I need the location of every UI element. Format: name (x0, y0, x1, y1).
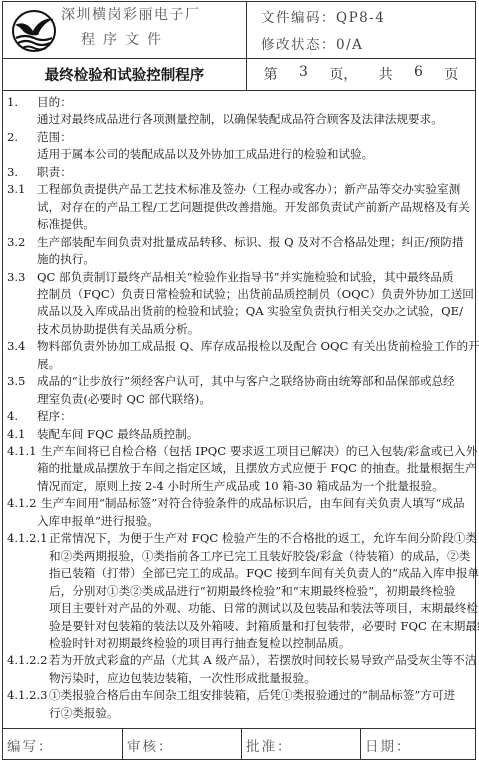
section-line: 2.范围： (3, 129, 475, 146)
text-line: 和②类两期报验，①类指前各工序已完工且装好胶袋/彩盒（待装箱）的成品，②类 (3, 548, 475, 565)
doc-title: 最终检验和试验控制程序 (3, 64, 246, 85)
line-text: 理室负责(必要时 QC 部代联络)。 (37, 391, 211, 408)
line-text: 控制员（FQC）负责日常检验和试验；出货前品质控制员（OQC）负责外协加工送回 (37, 286, 474, 303)
line-text: 生产车间用“制品标签”对符合待验条件的成品标识后，由车间有关负责人填写“成品 (41, 495, 465, 512)
text-line: 通过对最终成品进行各项测量控制，以确保装配成品符合顾客及法律法规要求。 (3, 111, 475, 128)
revision-status: 修改状态：0/A (261, 33, 363, 53)
section-number: 4.1.2.3 (7, 687, 48, 704)
document-page: 深圳横岗彩丽电子厂 程序文件 文件编码：QP8-4 修改状态：0/A 最终检验和… (2, 1, 476, 760)
section-line: 4.1.2.3①类报验合格后由车间杂工组安排装箱，后凭①类报验通过的“制品标签”… (3, 687, 475, 704)
text-line: 标准提供。 (3, 216, 475, 233)
line-text: 物污染时，应边包装边装箱，一次性形成批量报验。 (49, 670, 316, 687)
line-text: 若为开放式彩盒的产品（尤其 A 级产品），若摆放时间较长易导致产品受灰尘等不洁 (49, 652, 476, 669)
line-text: 成品的“让步放行”须经客户认可，其中与客户之联络协商由统筹部和品保部或总经 (37, 373, 455, 390)
text-line: 适用于属本公司的装配成品以及外协加工成品进行的检验和试验。 (3, 146, 475, 163)
section-line: 4.1.2.1正常情况下，为便于生产对 FQC 检验产生的不合格批的返工，允许车… (3, 530, 475, 547)
document-body: 1.目的：通过对最终成品进行各项测量控制，以确保装配成品符合顾客及法律法规要求。… (3, 91, 475, 731)
text-line: 项目主要针对产品的外观、功能、日常的测试以及包装品和装法等项目，末期最终检 (3, 600, 475, 617)
line-text: 程序： (37, 408, 72, 425)
section-number: 4.1.2.1 (7, 530, 48, 547)
approver-field: 批准： (242, 729, 361, 759)
text-line: 指已装箱（打带）全部已完工的成品。FQC 接到车间有关负责人的“成品入库申报单” (3, 565, 475, 582)
section-line: 1.目的： (3, 94, 475, 111)
section-number: 3.5 (7, 373, 25, 390)
doc-meta-block: 文件编码：QP8-4 修改状态：0/A (247, 2, 475, 58)
text-line: 箱的批量成品摆放于车间之指定区域，且摆放方式应便于 FQC 的抽查。批量根据生产 (3, 460, 475, 477)
text-line: 后，分别对①类②类成品进行“初期最终检验”和“末期最终检验”，初期最终检验 (3, 583, 475, 600)
line-text: ①类报验合格后由车间杂工组安排装箱，后凭①类报验通过的“制品标签”方可进 (49, 687, 455, 704)
section-number: 4.1.1 (7, 443, 37, 460)
line-text: 项目主要针对产品的外观、功能、日常的测试以及包装品和装法等项目，末期最终检 (49, 600, 478, 617)
company-block: 深圳横岗彩丽电子厂 程序文件 (3, 2, 247, 58)
section-line: 3.4物料部负责外协加工成品报 Q、库存成品报检以及配合 OQC 有关出货前检验… (3, 338, 475, 355)
line-text: 施的执行。 (37, 251, 95, 268)
section-line: 3.2生产部装配车间负责对批量成品转移、标识、报 Q 及对不合格品处理；纠正/预… (3, 234, 475, 251)
section-line: 3.职责： (3, 164, 475, 181)
text-line: 展。 (3, 356, 475, 373)
line-text: 职责： (37, 164, 72, 181)
page-current: 3 (299, 64, 308, 84)
page-ye2: 页 (444, 64, 458, 84)
section-line: 4.1.1生产车间将已自检合格（包括 IPQC 要求返工项目已解决）的已入包装/… (3, 443, 475, 460)
section-line: 4.1装配车间 FQC 最终品质控制。 (3, 426, 475, 443)
line-text: 试，对存在的产品工程/工艺问题提供改善措施。开发部负责试产前新产品规格及有关 (37, 199, 470, 216)
page-ye1: 页， (329, 64, 357, 84)
text-line: 行②类报验。 (3, 705, 475, 722)
signature-row: 编写： 审核： 批准： 日期： (3, 728, 475, 759)
company-name: 深圳横岗彩丽电子厂 (61, 4, 201, 24)
section-number: 4. (7, 408, 18, 425)
page-di: 第 (264, 64, 278, 84)
author-field: 编写： (3, 729, 123, 759)
section-number: 3. (7, 164, 18, 181)
text-line: 理室负责(必要时 QC 部代联络)。 (3, 391, 475, 408)
line-text: 技术员协助提供有关品质分析。 (37, 321, 199, 338)
line-text: 目的： (37, 94, 72, 111)
section-number: 3.4 (7, 338, 25, 355)
line-text: 验是要针对包装箱的装法以及外箱唛、封箱质量和打包装带，必要时 FQC 在末期最终 (49, 618, 479, 635)
text-line: 物污染时，应边包装边装箱，一次性形成批量报验。 (3, 670, 475, 687)
text-line: 控制员（FQC）负责日常检验和试验；出货前品质控制员（OQC）负责外协加工送回 (3, 286, 475, 303)
text-line: 施的执行。 (3, 251, 475, 268)
line-text: 和②类两期报验，①类指前各工序已完工且装好胶袋/彩盒（待装箱）的成品，②类 (49, 548, 470, 565)
line-text: 装配车间 FQC 最终品质控制。 (37, 426, 198, 443)
text-line: 情况而定，原则上按 2-4 小时所生产成品或 10 箱-30 箱成品为一个批量报… (3, 478, 475, 495)
title-row: 最终检验和试验控制程序 第 3 页， 共 6 页 (3, 58, 475, 91)
line-text: 适用于属本公司的装配成品以及外协加工成品进行的检验和试验。 (37, 146, 373, 163)
line-text: 指已装箱（打带）全部已完工的成品。FQC 接到车间有关负责人的“成品入库申报单” (49, 565, 479, 582)
doc-type: 程序文件 (81, 29, 169, 49)
date-field: 日期： (361, 729, 475, 759)
section-number: 1. (7, 94, 18, 111)
line-text: 正常情况下，为便于生产对 FQC 检验产生的不合格批的返工，允许车间分阶段①类 (49, 530, 477, 547)
line-text: 入库申报单”进行报验。 (37, 513, 159, 530)
reviewer-field: 审核： (123, 729, 242, 759)
line-text: 后，分别对①类②类成品进行“初期最终检验”和“末期最终检验”，初期最终检验 (49, 583, 455, 600)
line-text: 通过对最终成品进行各项测量控制，以确保装配成品符合顾客及法律法规要求。 (37, 111, 443, 128)
section-line: 3.3QC 部负责制订最终产品相关“检验作业指导书”并实施检验和试验，其中最终品… (3, 269, 475, 286)
section-number: 3.3 (7, 269, 25, 286)
text-line: 成品以及入库成品出货前的检验和试验；QA 实验室负责执行相关交办之试验，QE/ (3, 303, 475, 320)
section-number: 2. (7, 129, 18, 146)
line-text: 生产车间将已自检合格（包括 IPQC 要求返工项目已解决）的已入包装/彩盒或已入… (41, 443, 477, 460)
section-number: 4.1.2.2 (7, 652, 48, 669)
page-info: 第 3 页， 共 6 页 (247, 64, 475, 84)
line-text: QC 部负责制订最终产品相关“检验作业指导书”并实施检验和试验，其中最终品质 (37, 269, 454, 286)
line-text: 物料部负责外协加工成品报 Q、库存成品报检以及配合 OQC 有关出货前检验工作的… (37, 338, 479, 355)
company-logo-icon (11, 9, 57, 53)
line-text: 检验时针对初期最终检验的项目再行抽查复检以控制品质。 (49, 635, 350, 652)
line-text: 生产部装配车间负责对批量成品转移、标识、报 Q 及对不合格品处理；纠正/预防措 (37, 234, 464, 251)
text-line: 入库申报单”进行报验。 (3, 513, 475, 530)
text-line: 检验时针对初期最终检验的项目再行抽查复检以控制品质。 (3, 635, 475, 652)
section-number: 4.1 (7, 426, 25, 443)
text-line: 验是要针对包装箱的装法以及外箱唛、封箱质量和打包装带，必要时 FQC 在末期最终 (3, 618, 475, 635)
section-line: 4.1.2.2若为开放式彩盒的产品（尤其 A 级产品），若摆放时间较长易导致产品… (3, 652, 475, 669)
line-text: 标准提供。 (37, 216, 95, 233)
section-number: 3.2 (7, 234, 25, 251)
line-text: 情况而定，原则上按 2-4 小时所生产成品或 10 箱-30 箱成品为一个批量报… (37, 478, 444, 495)
page-total: 6 (414, 64, 423, 84)
section-number: 4.1.2 (7, 495, 37, 512)
section-line: 3.5成品的“让步放行”须经客户认可，其中与客户之联络协商由统筹部和品保部或总经 (3, 373, 475, 390)
text-line: 技术员协助提供有关品质分析。 (3, 321, 475, 338)
page-gong: 共 (379, 64, 393, 84)
document-header: 深圳横岗彩丽电子厂 程序文件 文件编码：QP8-4 修改状态：0/A (3, 2, 475, 59)
section-line: 3.1工程部负责提供产品工艺技术标准及签办（工程办或客办）；新产品等交办实验室测 (3, 181, 475, 198)
text-line: 试，对存在的产品工程/工艺问题提供改善措施。开发部负责试产前新产品规格及有关 (3, 199, 475, 216)
section-number: 3.1 (7, 181, 25, 198)
doc-number: 文件编码：QP8-4 (261, 6, 385, 26)
line-text: 范围： (37, 129, 72, 146)
line-text: 箱的批量成品摆放于车间之指定区域，且摆放方式应便于 FQC 的抽查。批量根据生产 (37, 460, 477, 477)
line-text: 工程部负责提供产品工艺技术标准及签办（工程办或客办）；新产品等交办实验室测 (37, 181, 460, 198)
line-text: 行②类报验。 (49, 705, 119, 722)
section-line: 4.程序： (3, 408, 475, 425)
line-text: 成品以及入库成品出货前的检验和试验；QA 实验室负责执行相关交办之试验，QE/ (37, 303, 463, 320)
section-line: 4.1.2生产车间用“制品标签”对符合待验条件的成品标识后，由车间有关负责人填写… (3, 495, 475, 512)
line-text: 展。 (37, 356, 60, 373)
